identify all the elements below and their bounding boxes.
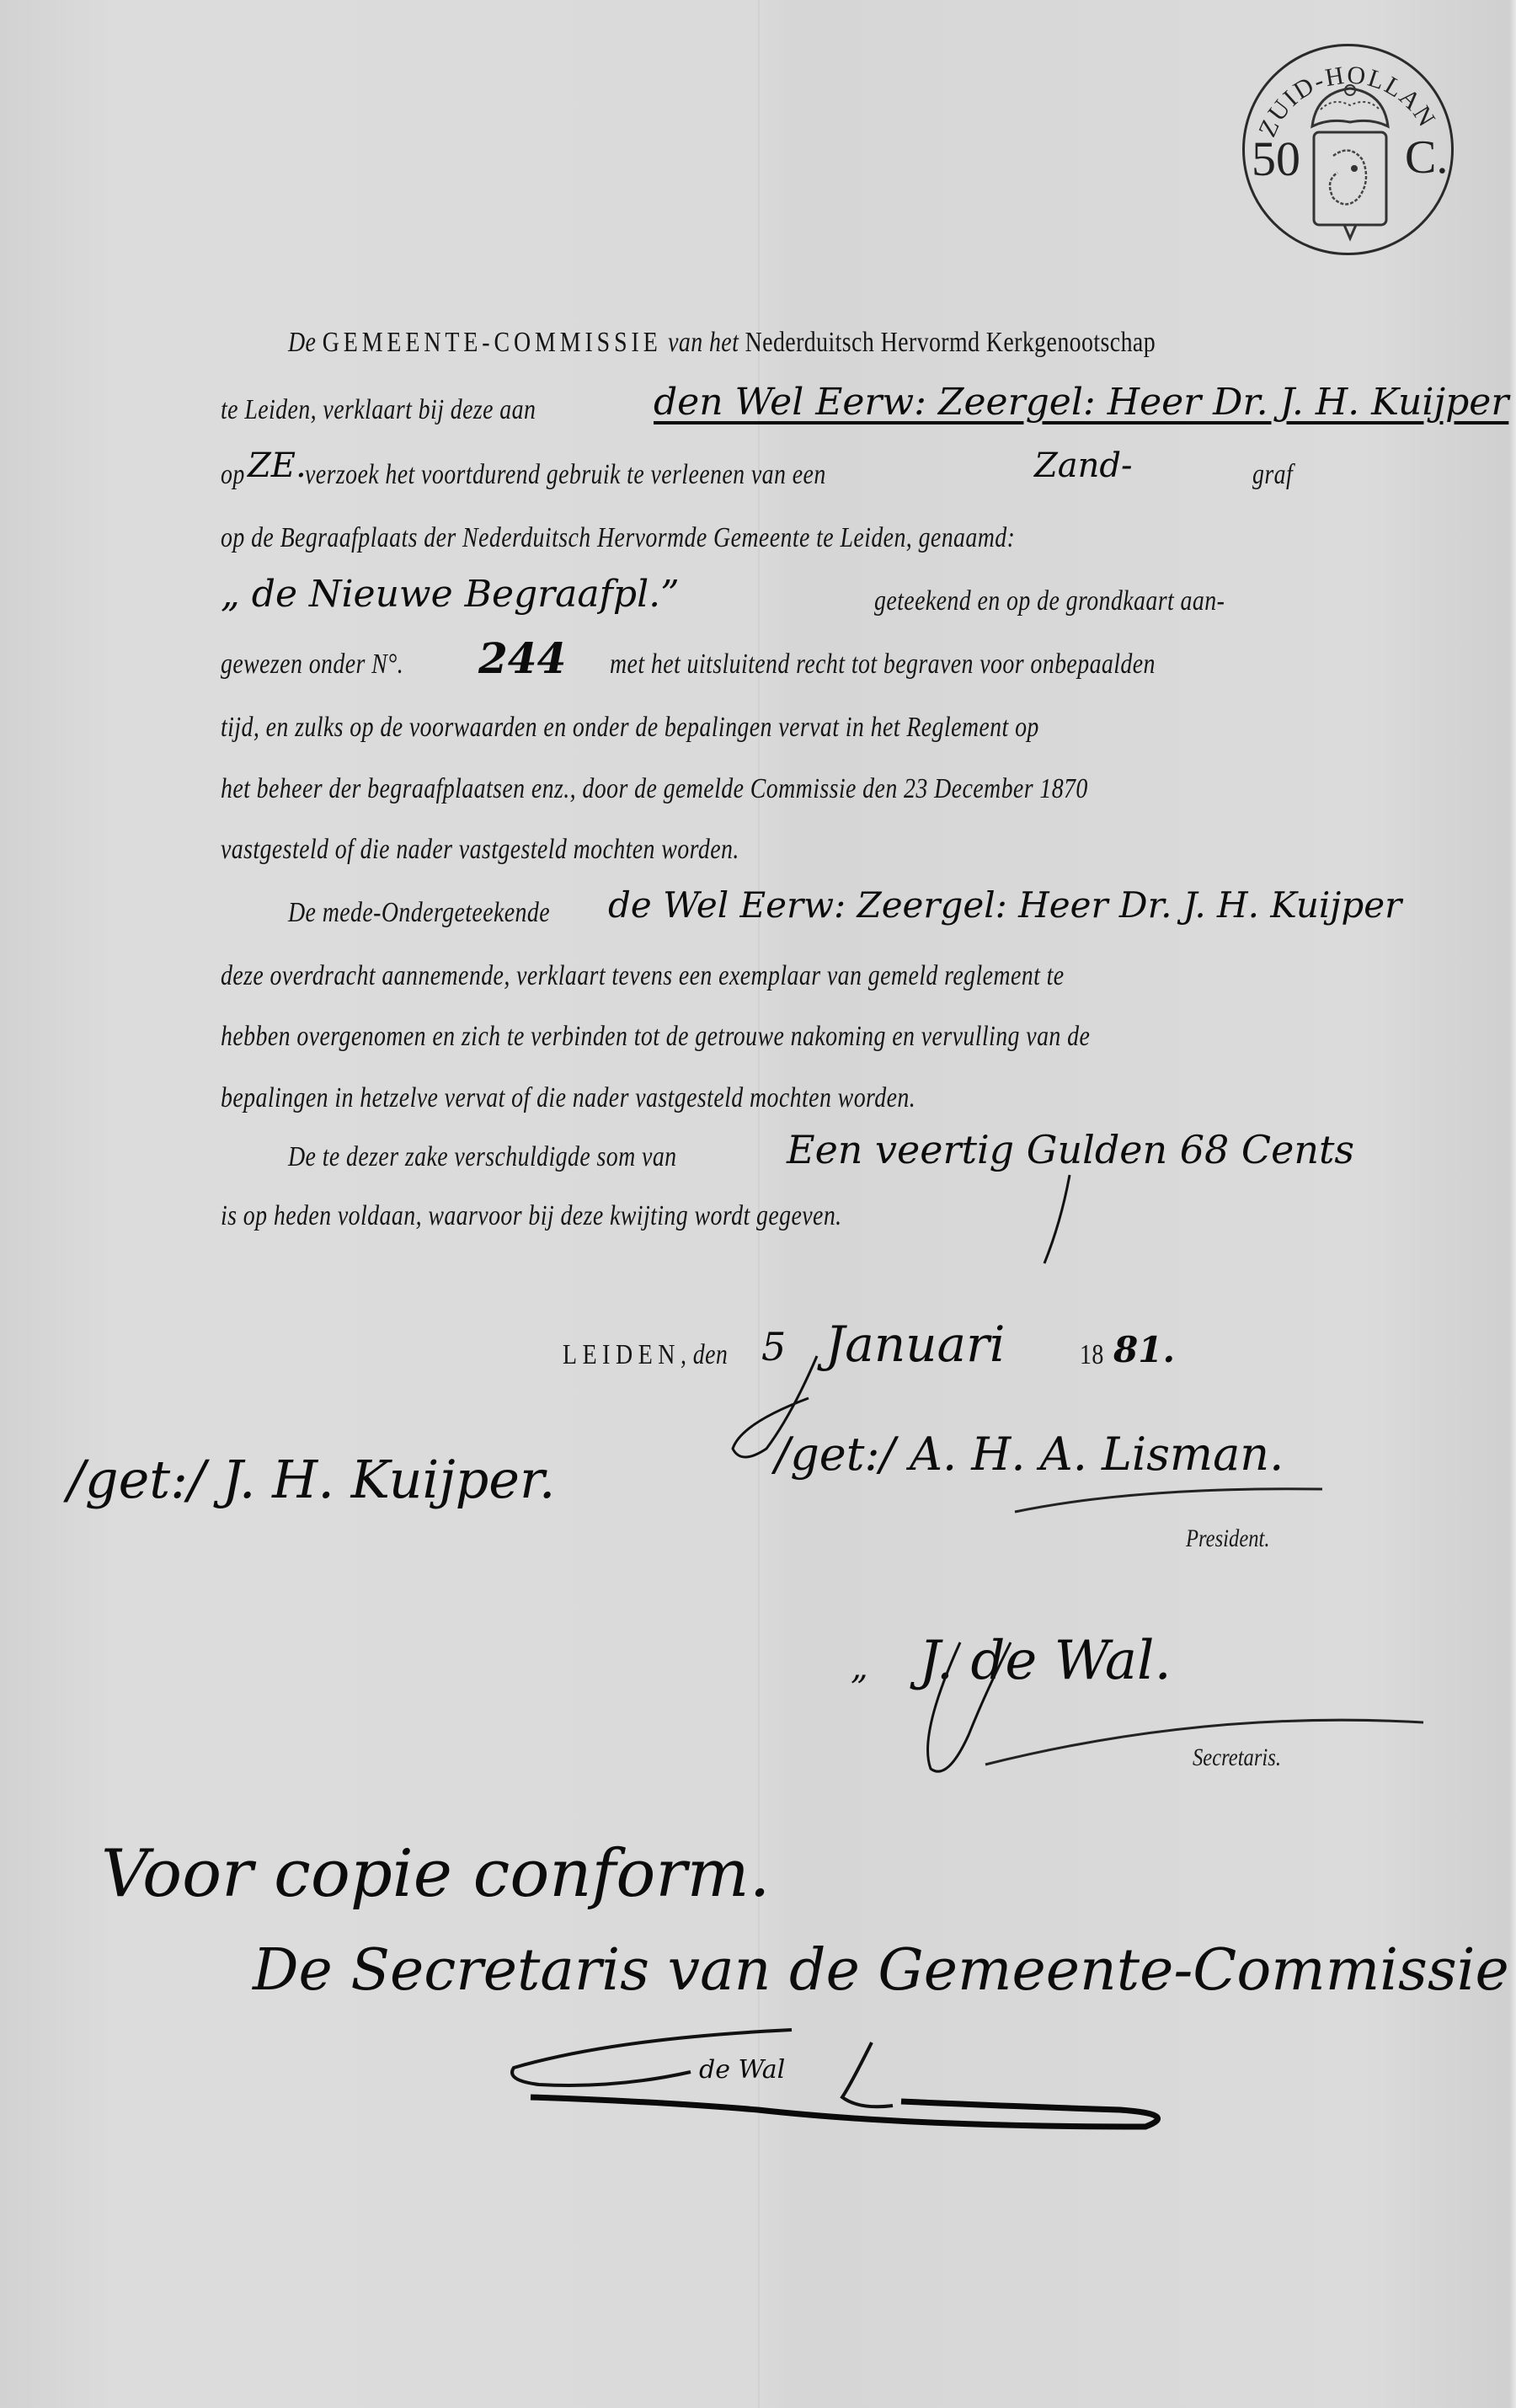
- certification-signature: de Wal: [699, 2055, 785, 2085]
- p1-line1: De GEMEENTE-COMMISSIE van het Nederduits…: [288, 327, 1156, 359]
- holder-name: J. H. Kuijper.: [222, 1449, 556, 1510]
- closing-flourish: [1036, 1171, 1086, 1272]
- revenue-stamp: ZUID-HOLLAND. 50 C.: [1242, 44, 1454, 255]
- certification-line2: De Secretaris van de Gemeente-Commissie: [253, 1937, 1509, 2004]
- month-handwriting: Januari: [825, 1316, 1005, 1373]
- president-name: A. H. A. Lisman.: [910, 1428, 1284, 1481]
- p3-line2: is op heden voldaan, waarvoor bij deze k…: [221, 1200, 842, 1232]
- p1-line3-mid: verzoek het voortdurend gebruik te verle…: [305, 459, 826, 491]
- p2-line1: De mede-Ondergeteekende: [288, 897, 550, 929]
- secretary-title: Secretaris.: [1193, 1743, 1281, 1772]
- grave-type-handwriting: Zand-: [1034, 446, 1133, 485]
- cemetery-handwriting: „ de Nieuwe Begraafpl.”: [221, 573, 680, 616]
- document-page: ZUID-HOLLAND. 50 C. De GEMEENTE-COMMISSI…: [0, 0, 1516, 2408]
- p3-line1: De te dezer zake verschuldigde som van: [288, 1141, 677, 1173]
- p1-line8: het beheer der begraafplaatsen enz., doo…: [221, 773, 1088, 805]
- secretary-prefix: „: [851, 1648, 868, 1687]
- place-name: Leiden: [563, 1339, 681, 1370]
- dateline: Leiden, den: [563, 1339, 728, 1371]
- president-signature: /get:/ A. H. A. Lisman.: [775, 1428, 1284, 1481]
- p1-line5: geteekend en op de grondkaart aan-: [874, 585, 1225, 617]
- p1-line9: vastgesteld of die nader vastgesteld moc…: [221, 834, 739, 866]
- certification-signature-flourish: [488, 2017, 1213, 2135]
- certification-line1: Voor copie conform.: [101, 1836, 770, 1912]
- signatory-handwriting: de Wel Eerw: Zeergel: Heer Dr. J. H. Kui…: [608, 884, 1401, 926]
- org-name: GEMEENTE-COMMISSIE: [323, 327, 662, 358]
- crown-shield-icon: [1304, 80, 1396, 244]
- p1-line6-post: met het uitsluitend recht tot begraven v…: [610, 649, 1156, 681]
- request-handwriting: ZE.: [248, 446, 307, 485]
- p1-line6: gewezen onder N°.: [221, 649, 403, 681]
- p2-line2: deze overdracht aannemende, verklaart te…: [221, 960, 1065, 992]
- p1-line2: te Leiden, verklaart bij deze aan: [221, 394, 536, 426]
- p1-line3: op: [221, 459, 245, 491]
- page-edge: [1509, 0, 1516, 2408]
- p2-line4: bepalingen in hetzelve vervat of die nad…: [221, 1082, 915, 1114]
- president-title: President.: [1186, 1524, 1270, 1553]
- p2-line3: hebben overgenomen en zich te verbinden …: [221, 1021, 1090, 1053]
- p1-line4: op de Begraafplaats der Nederduitsch Her…: [221, 522, 1015, 554]
- p1-line3-post: graf: [1252, 459, 1293, 491]
- year-handwriting: 81.: [1113, 1329, 1175, 1370]
- holder-signature: /get:/ J. H. Kuijper.: [67, 1449, 555, 1510]
- president-prefix: /get:/: [775, 1428, 895, 1481]
- stamp-unit: C.: [1405, 131, 1448, 184]
- plot-number-handwriting: 244: [478, 633, 566, 683]
- amount-handwriting: Een veertig Gulden 68 Cents: [787, 1127, 1354, 1172]
- p1-line7: tijd, en zulks op de voorwaarden en onde…: [221, 712, 1039, 744]
- year-printed: 18: [1080, 1339, 1104, 1371]
- holder-prefix: /get:/: [67, 1449, 206, 1510]
- recipient-handwriting: den Wel Eerw: Zeergel: Heer Dr. J. H. Ku…: [654, 381, 1508, 424]
- stamp-value: 50: [1252, 131, 1300, 187]
- president-underline: [1011, 1482, 1331, 1516]
